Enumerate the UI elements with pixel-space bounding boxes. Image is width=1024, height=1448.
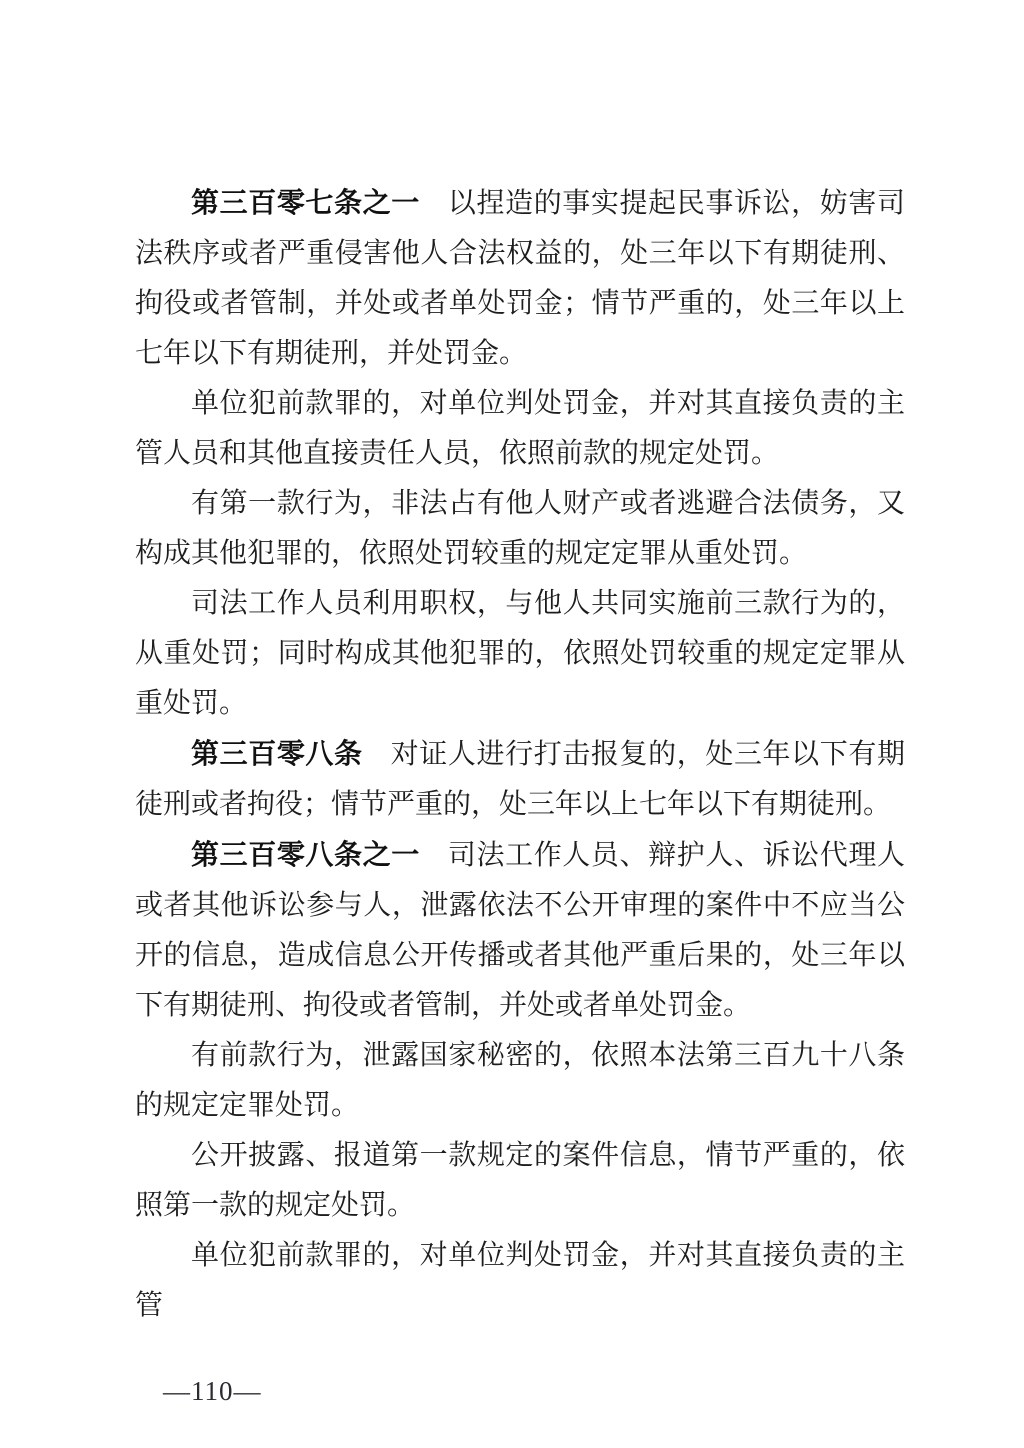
article-307-1: 第三百零七条之一以捏造的事实提起民事诉讼，妨害司法秩序或者严重侵害他人合法权益的… <box>135 178 905 729</box>
article-paragraph: 有前款行为，泄露国家秘密的，依照本法第三百九十八条的规定定罪处罚。 <box>135 1031 905 1131</box>
article-number: 第三百零七条之一 <box>191 187 420 218</box>
article-paragraph: 第三百零八条之一司法工作人员、辩护人、诉讼代理人或者其他诉讼参与人，泄露依法不公… <box>135 830 905 1031</box>
article-308: 第三百零八条对证人进行打击报复的，处三年以下有期徒刑或者拘役；情节严重的，处三年… <box>135 729 905 830</box>
document-page: 第三百零七条之一以捏造的事实提起民事诉讼，妨害司法秩序或者严重侵害他人合法权益的… <box>0 0 1024 1448</box>
article-paragraph: 第三百零七条之一以捏造的事实提起民事诉讼，妨害司法秩序或者严重侵害他人合法权益的… <box>135 178 905 379</box>
document-body: 第三百零七条之一以捏造的事实提起民事诉讼，妨害司法秩序或者严重侵害他人合法权益的… <box>135 178 905 1331</box>
article-paragraph: 司法工作人员利用职权，与他人共同实施前三款行为的，从重处罚；同时构成其他犯罪的，… <box>135 579 905 729</box>
page-footer: —110— <box>163 1374 262 1408</box>
article-paragraph: 单位犯前款罪的，对单位判处罚金，并对其直接负责的主管 <box>135 1231 905 1331</box>
article-number: 第三百零八条之一 <box>191 839 420 870</box>
article-paragraph: 单位犯前款罪的，对单位判处罚金，并对其直接负责的主管人员和其他直接责任人员，依照… <box>135 379 905 479</box>
page-number: —110— <box>163 1376 262 1406</box>
article-paragraph: 有第一款行为，非法占有他人财产或者逃避合法债务，又构成其他犯罪的，依照处罚较重的… <box>135 479 905 579</box>
article-308-1: 第三百零八条之一司法工作人员、辩护人、诉讼代理人或者其他诉讼参与人，泄露依法不公… <box>135 830 905 1331</box>
article-paragraph: 第三百零八条对证人进行打击报复的，处三年以下有期徒刑或者拘役；情节严重的，处三年… <box>135 729 905 830</box>
article-paragraph: 公开披露、报道第一款规定的案件信息，情节严重的，依照第一款的规定处罚。 <box>135 1131 905 1231</box>
article-number: 第三百零八条 <box>191 738 363 769</box>
